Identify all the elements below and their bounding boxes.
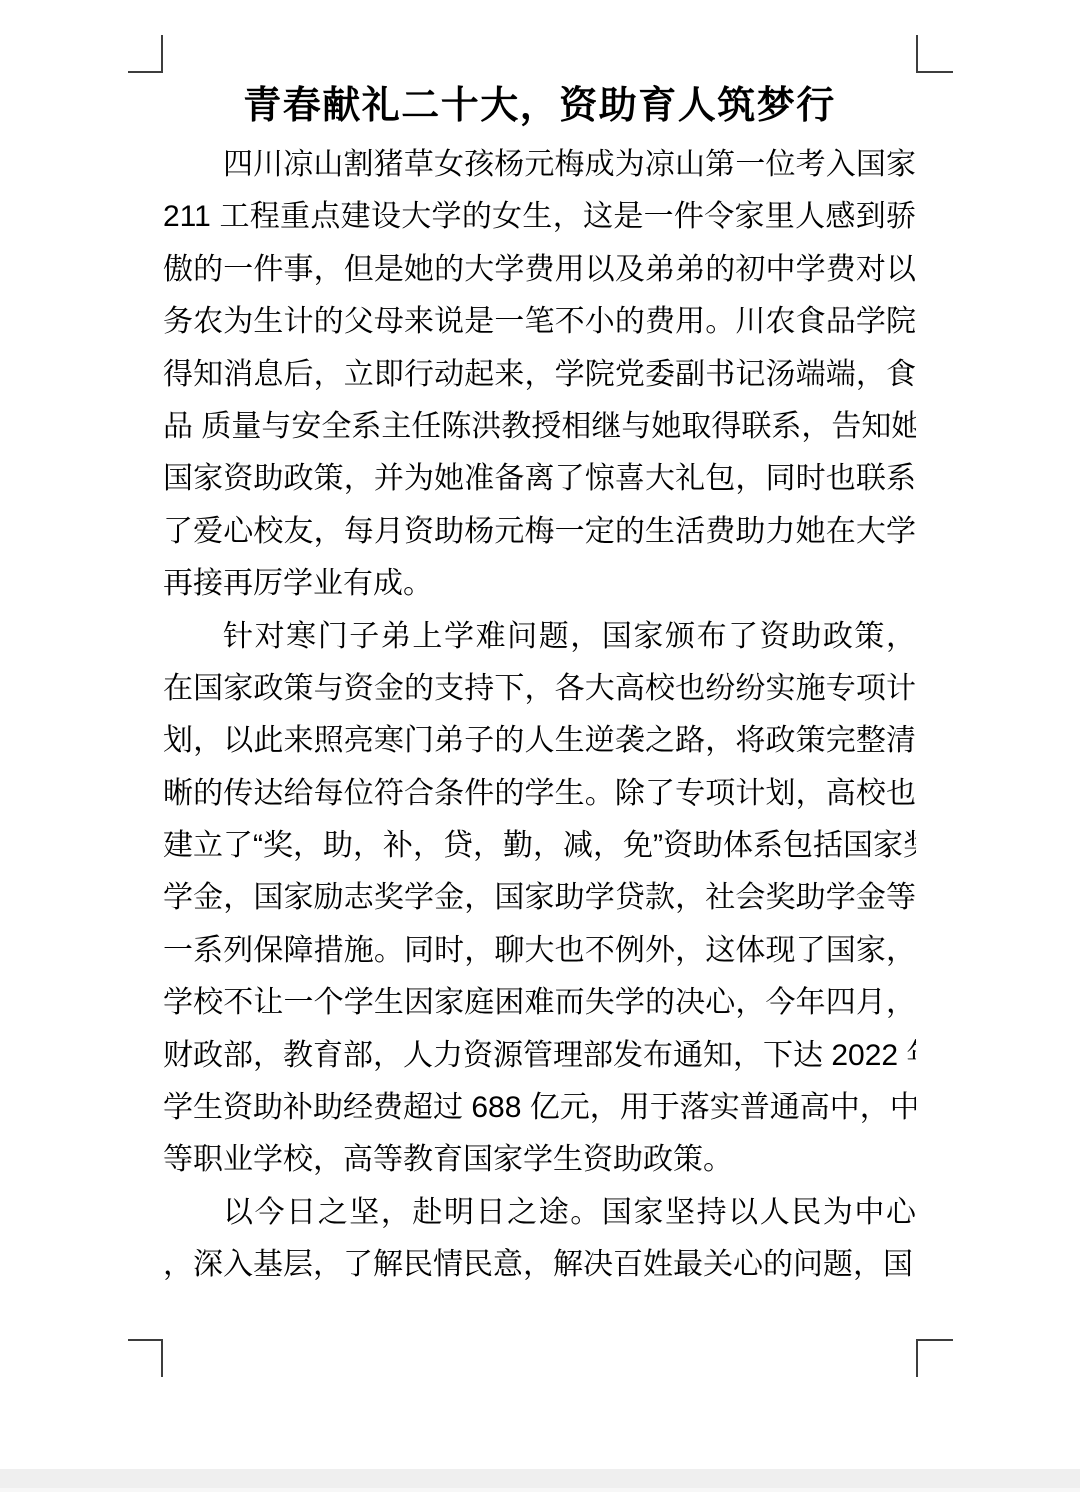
crop-mark-bottom-left-icon [128, 1339, 163, 1377]
text-line: 211 工程重点建设大学的女生，这是一件令家里人感到骄 [163, 191, 916, 243]
page-bottom-strip [0, 1469, 1080, 1488]
text-line: 以今日之坚，赴明日之途。国家坚持以人民为中心 [163, 1187, 916, 1239]
text-line: 划，以此来照亮寒门弟子的人生逆袭之路，将政策完整清 [163, 715, 916, 767]
paragraph: 针对寒门子弟上学难问题，国家颁布了资助政策，在国家政策与资金的支持下，各大高校也… [163, 611, 916, 1187]
paragraph: 以今日之坚，赴明日之途。国家坚持以人民为中心，深入基层，了解民情民意，解决百姓最… [163, 1187, 916, 1292]
paragraph: 四川凉山割猪草女孩杨元梅成为凉山第一位考入国家211 工程重点建设大学的女生，这… [163, 139, 916, 611]
crop-mark-top-right-icon [916, 35, 953, 73]
text-line: 国家资助政策，并为她准备离了惊喜大礼包，同时也联系 [163, 453, 916, 505]
text-line: 再接再厉学业有成。 [163, 558, 916, 610]
text-line: 财政部，教育部，人力资源管理部发布通知，下达 2022 年 [163, 1030, 916, 1082]
text-line: 在国家政策与资金的支持下，各大高校也纷纷实施专项计 [163, 663, 916, 715]
crop-mark-bottom-right-icon [916, 1339, 953, 1377]
text-line: 建立了“奖，助，补，贷，勤，减，免”资助体系包括国家奖 [163, 820, 916, 872]
text-line: ，深入基层，了解民情民意，解决百姓最关心的问题，国 [163, 1239, 916, 1291]
text-line: 了爱心校友，每月资助杨元梅一定的生活费助力她在大学 [163, 506, 916, 558]
text-area: 青春献礼二十大，资助育人筑梦行 四川凉山割猪草女孩杨元梅成为凉山第一位考入国家2… [163, 73, 916, 1292]
text-line: 学校不让一个学生因家庭困难而失学的决心，今年四月， [163, 977, 916, 1029]
document-page: 青春献礼二十大，资助育人筑梦行 四川凉山割猪草女孩杨元梅成为凉山第一位考入国家2… [0, 0, 1080, 1492]
text-line: 学金，国家励志奖学金，国家助学贷款，社会奖助学金等 [163, 872, 916, 924]
text-line: 品 质量与安全系主任陈洪教授相继与她取得联系，告知她 [163, 401, 916, 453]
text-line: 一系列保障措施。同时，聊大也不例外，这体现了国家， [163, 925, 916, 977]
document-body: 四川凉山割猪草女孩杨元梅成为凉山第一位考入国家211 工程重点建设大学的女生，这… [163, 139, 916, 1292]
text-line: 针对寒门子弟上学难问题，国家颁布了资助政策， [163, 611, 916, 663]
crop-mark-top-left-icon [128, 35, 163, 73]
text-line: 等职业学校，高等教育国家学生资助政策。 [163, 1134, 916, 1186]
text-line: 得知消息后，立即行动起来，学院党委副书记汤端端，食 [163, 349, 916, 401]
page-bottom-strip-lower [0, 1488, 1080, 1492]
text-line: 学生资助补助经费超过 688 亿元，用于落实普通高中，中 [163, 1082, 916, 1134]
text-line: 四川凉山割猪草女孩杨元梅成为凉山第一位考入国家 [163, 139, 916, 191]
text-line: 晰的传达给每位符合条件的学生。除了专项计划，高校也 [163, 768, 916, 820]
document-title: 青春献礼二十大，资助育人筑梦行 [163, 73, 916, 139]
text-line: 务农为生计的父母来说是一笔不小的费用。川农食品学院 [163, 296, 916, 348]
text-line: 傲的一件事，但是她的大学费用以及弟弟的初中学费对以 [163, 244, 916, 296]
